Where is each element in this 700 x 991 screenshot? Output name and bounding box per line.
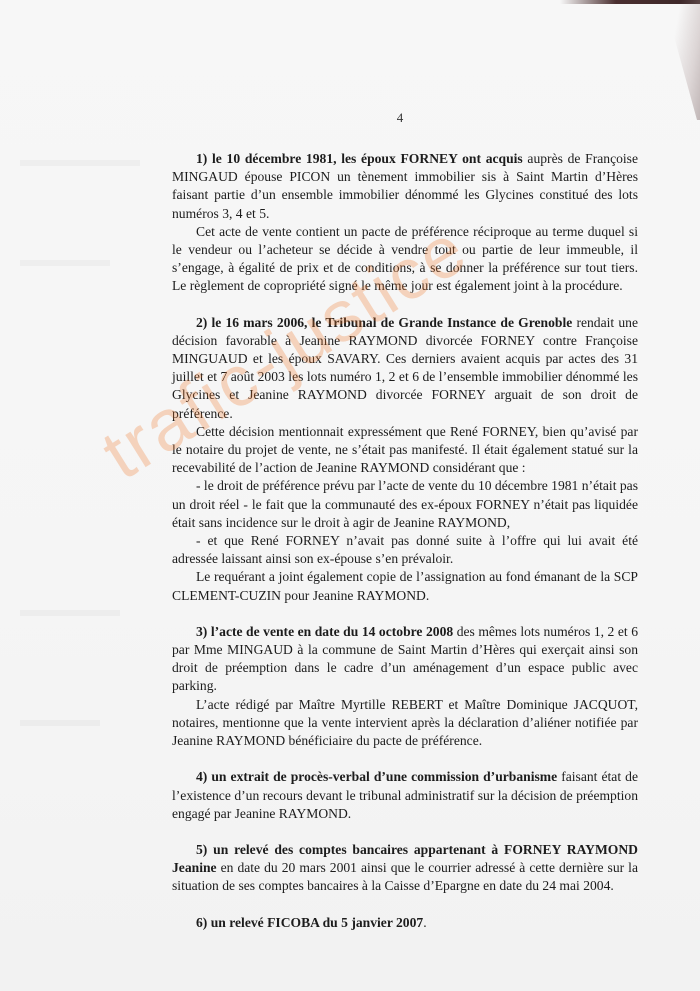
- item-lead-paragraph: 2) le 16 mars 2006, le Tribunal de Grand…: [172, 314, 638, 423]
- item-lead-paragraph: 4) un extrait de procès-verbal d’une com…: [172, 768, 638, 823]
- exhibit-item-3: 3) l’acte de vente en date du 14 octobre…: [172, 623, 638, 750]
- item-lead-text: rendait une décision favorable à Jeanine…: [172, 315, 638, 421]
- item-lead-paragraph: 5) un relevé des comptes bancaires appar…: [172, 841, 638, 896]
- scanned-page: 4 1) le 10 décembre 1981, les époux FORN…: [0, 0, 700, 991]
- exhibit-item-6: 6) un relevé FICOBA du 5 janvier 2007.: [172, 914, 638, 932]
- item-title: 4) un extrait de procès-verbal d’une com…: [196, 769, 557, 784]
- item-lead-paragraph: 3) l’acte de vente en date du 14 octobre…: [172, 623, 638, 696]
- item-dash-point: - et que René FORNEY n’avait pas donné s…: [172, 532, 638, 568]
- bleed-through-mark: [20, 610, 120, 616]
- bleed-through-mark: [20, 160, 140, 166]
- exhibit-item-1: 1) le 10 décembre 1981, les époux FORNEY…: [172, 150, 638, 296]
- page-corner-shadow: [640, 0, 700, 120]
- item-lead-paragraph: 1) le 10 décembre 1981, les époux FORNEY…: [172, 150, 638, 223]
- item-paragraph: Cette décision mentionnait expressément …: [172, 423, 638, 478]
- item-lead-text: .: [423, 915, 426, 930]
- item-paragraph: Cet acte de vente contient un pacte de p…: [172, 223, 638, 296]
- item-dash-point: - le droit de préférence prévu par l’act…: [172, 477, 638, 532]
- item-title: 2) le 16 mars 2006, le Tribunal de Grand…: [196, 315, 572, 330]
- item-title: 1) le 10 décembre 1981, les époux FORNEY…: [196, 151, 523, 166]
- document-body: 1) le 10 décembre 1981, les époux FORNEY…: [172, 150, 638, 932]
- page-number: 4: [0, 110, 700, 126]
- bleed-through-mark: [20, 720, 100, 726]
- item-paragraph: L’acte rédigé par Maître Myrtille REBERT…: [172, 696, 638, 751]
- bleed-through-mark: [20, 260, 110, 266]
- item-title: 6) un relevé FICOBA du 5 janvier 2007: [196, 915, 423, 930]
- item-closing-paragraph: Le requérant a joint également copie de …: [172, 568, 638, 604]
- item-title: 3) l’acte de vente en date du 14 octobre…: [196, 624, 453, 639]
- exhibit-item-2: 2) le 16 mars 2006, le Tribunal de Grand…: [172, 314, 638, 605]
- item-lead-paragraph: 6) un relevé FICOBA du 5 janvier 2007.: [172, 914, 638, 932]
- exhibit-item-5: 5) un relevé des comptes bancaires appar…: [172, 841, 638, 896]
- item-lead-text: en date du 20 mars 2001 ainsi que le cou…: [172, 860, 638, 893]
- exhibit-item-4: 4) un extrait de procès-verbal d’une com…: [172, 768, 638, 823]
